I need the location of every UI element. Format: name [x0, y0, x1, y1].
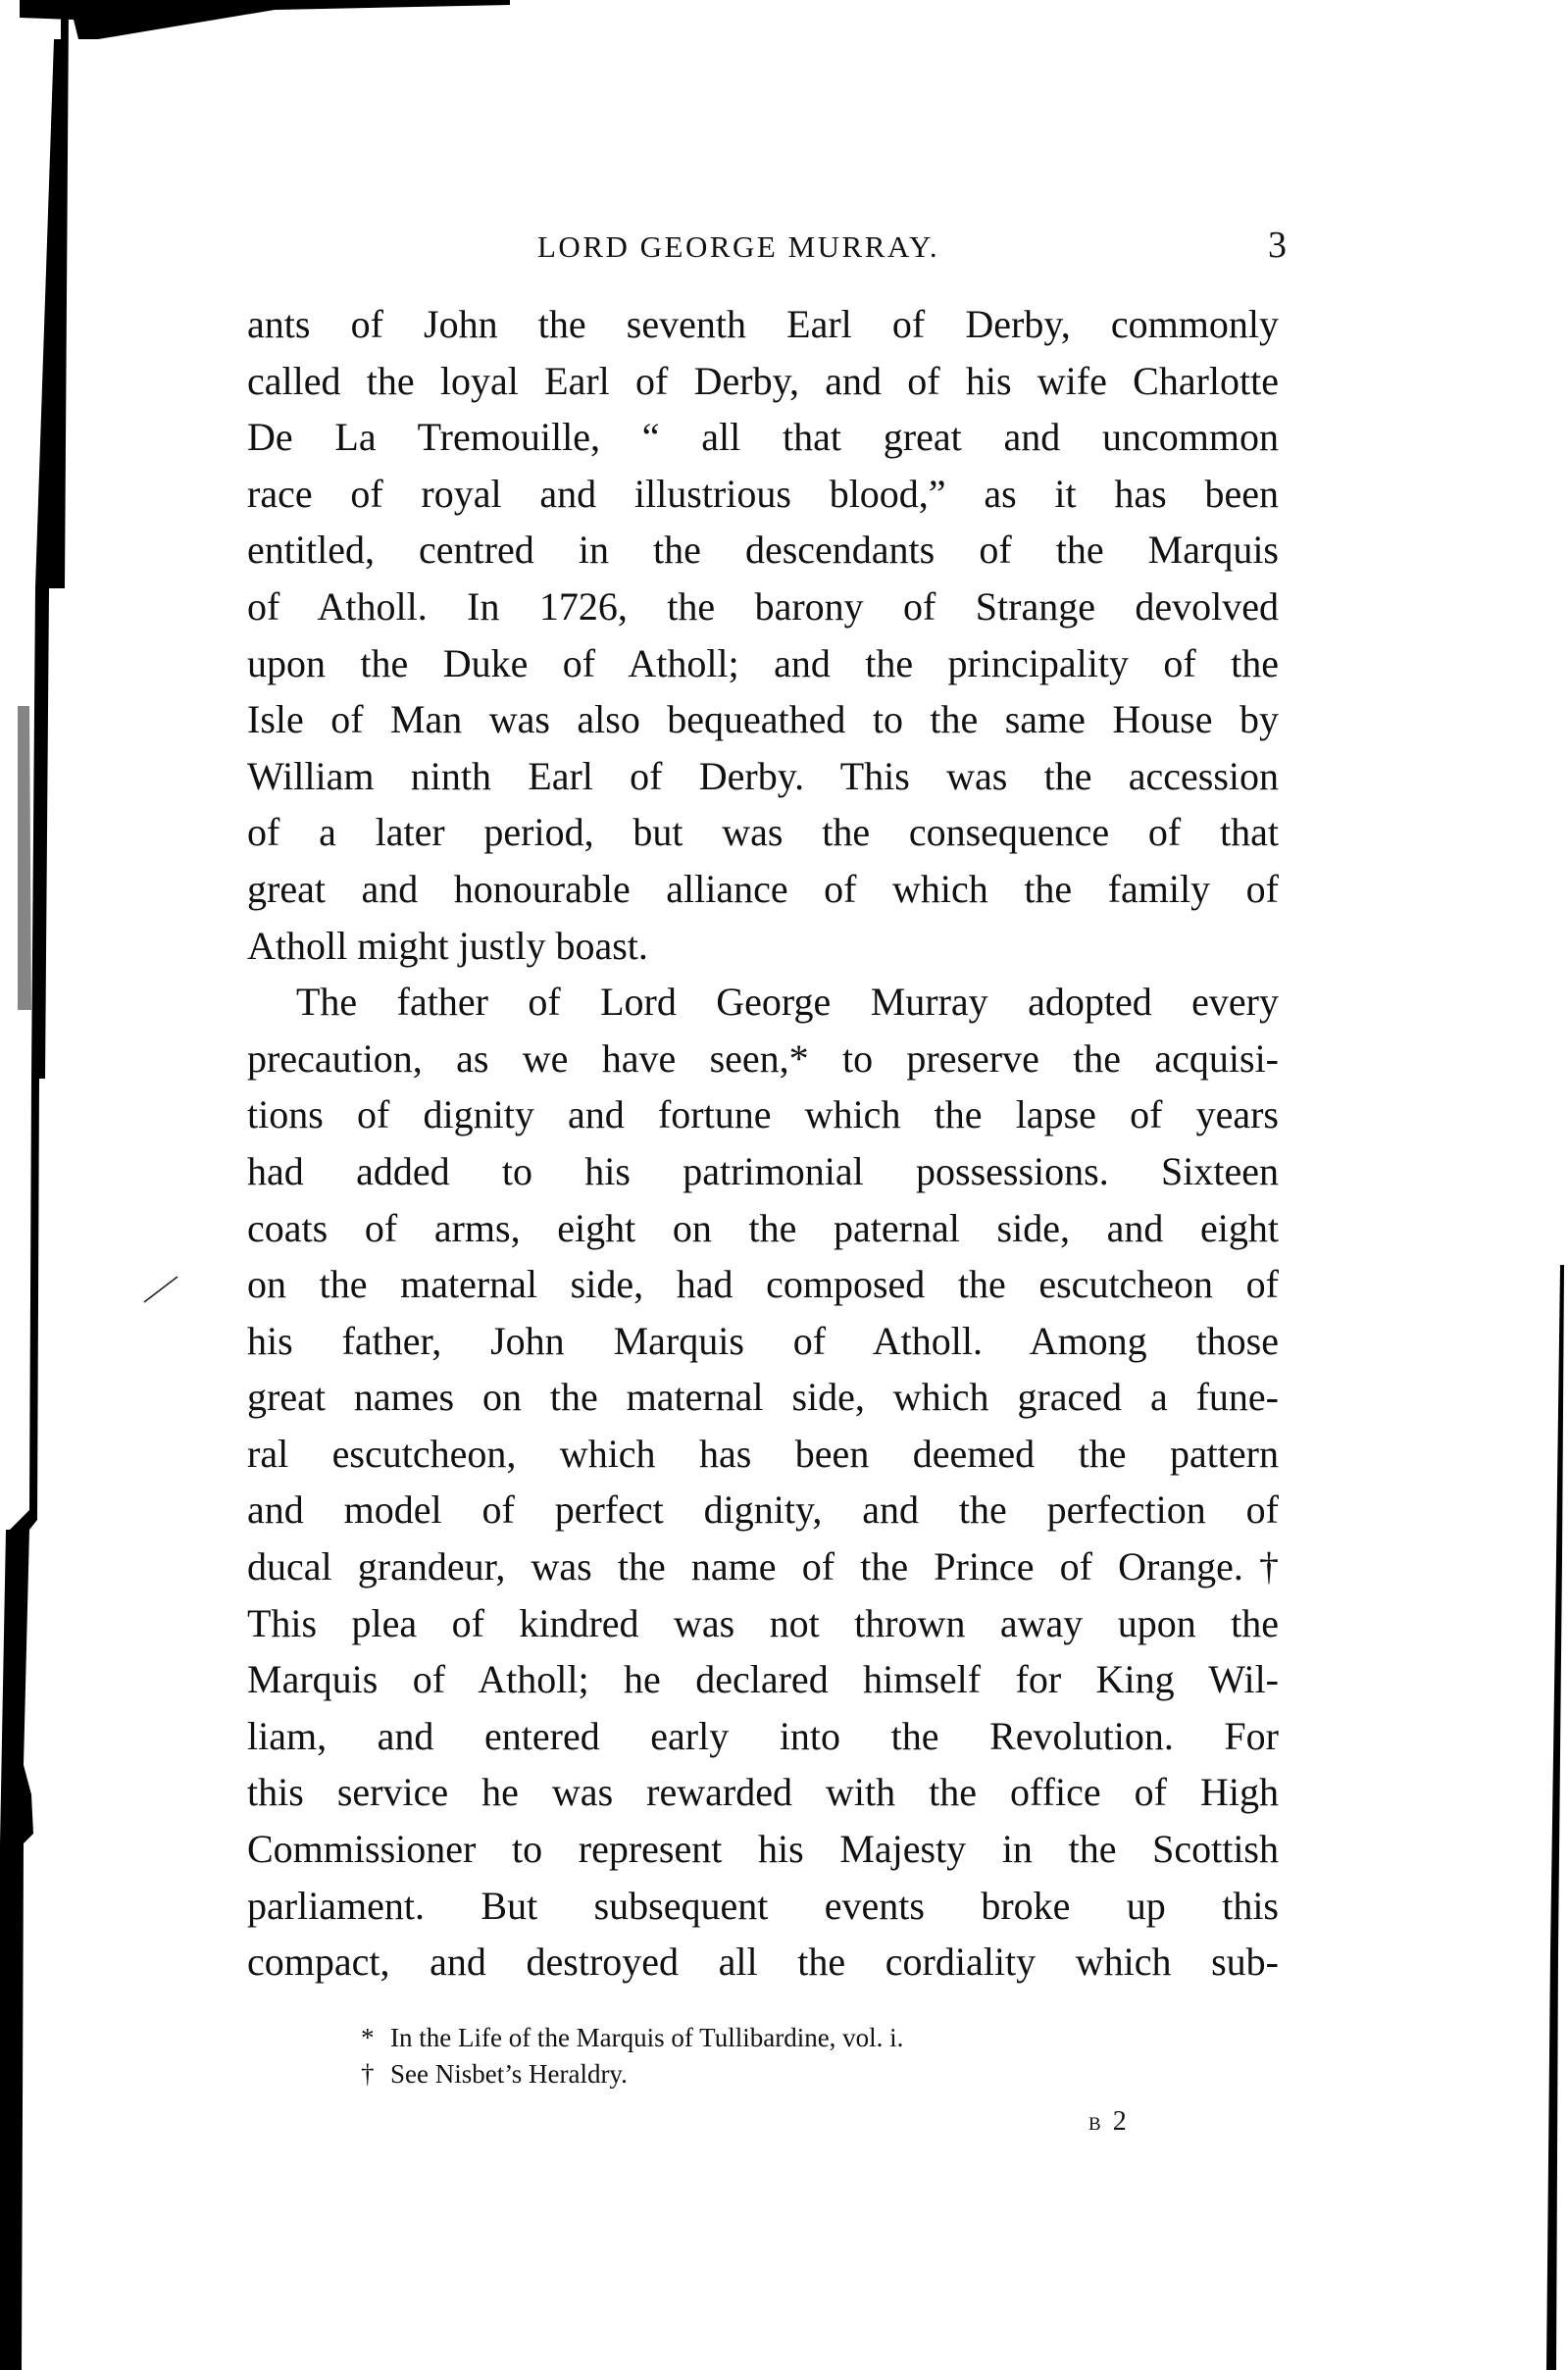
footnotes: *In the Life of the Marquis of Tullibard…	[361, 2020, 903, 2093]
footnote-mark: †	[361, 2056, 390, 2093]
text-line: this service he was rewarded with the of…	[247, 1764, 1279, 1821]
text-line: and model of perfect dignity, and the pe…	[247, 1482, 1279, 1538]
signature-number: 2	[1113, 2106, 1127, 2137]
footnote-text: In the Life of the Marquis of Tullibardi…	[390, 2023, 903, 2052]
footnote: *In the Life of the Marquis of Tullibard…	[361, 2020, 903, 2056]
text-line: his father, John Marquis of Atholl. Amon…	[247, 1313, 1279, 1370]
binding-shadow-top	[20, 0, 510, 39]
text-line: This plea of kindred was not thrown away…	[247, 1595, 1279, 1652]
text-line: great names on the maternal side, which …	[247, 1369, 1279, 1426]
text-line: race of royal and illustrious blood,” as…	[247, 466, 1279, 523]
text-line: had added to his patrimonial possessions…	[247, 1143, 1279, 1200]
signature-letter: B	[1088, 2114, 1101, 2135]
running-head: LORD GEORGE MURRAY. 3	[253, 224, 1287, 263]
running-head-title: LORD GEORGE MURRAY.	[537, 229, 939, 265]
text-line: called the loyal Earl of Derby, and of h…	[247, 353, 1279, 410]
text-line: of Atholl. In 1726, the barony of Strang…	[247, 579, 1279, 635]
text-line: The father of Lord George Murray adopted…	[247, 974, 1279, 1031]
footnote-mark: *	[361, 2020, 390, 2056]
text-line: De La Tremouille, “ all that great and u…	[247, 409, 1279, 466]
text-line: on the maternal side, had composed the e…	[247, 1256, 1279, 1313]
text-line: ral escutcheon, which has been deemed th…	[247, 1426, 1279, 1483]
footnote: †See Nisbet’s Heraldry.	[361, 2056, 903, 2093]
text-line: compact, and destroyed all the cordialit…	[247, 1934, 1279, 1991]
text-line: liam, and entered early into the Revolut…	[247, 1708, 1279, 1765]
binding-shadow-left	[0, 0, 78, 2370]
body-text: ants of John the seventh Earl of Derby, …	[247, 296, 1279, 1991]
footnote-text: See Nisbet’s Heraldry.	[390, 2059, 628, 2089]
text-line: Commissioner to represent his Majesty in…	[247, 1821, 1279, 1878]
text-line: ants of John the seventh Earl of Derby, …	[247, 296, 1279, 353]
text-line: precaution, as we have seen,* to preserv…	[247, 1031, 1279, 1087]
text-line: of a later period, but was the consequen…	[247, 804, 1279, 861]
text-line: Marquis of Atholl; he declared himself f…	[247, 1651, 1279, 1708]
text-line: tions of dignity and fortune which the l…	[247, 1086, 1279, 1143]
text-line: Atholl might justly boast.	[247, 918, 1279, 975]
text-line: Isle of Man was also bequeathed to the s…	[247, 691, 1279, 748]
printer-signature: B2	[1088, 2106, 1127, 2138]
text-line: coats of arms, eight on the paternal sid…	[247, 1200, 1279, 1257]
pencil-slash-mark	[142, 1275, 181, 1304]
page-number: 3	[1268, 224, 1287, 267]
text-line: great and honourable alliance of which t…	[247, 861, 1279, 918]
text-line: entitled, centred in the descendants of …	[247, 522, 1279, 579]
text-line: parliament. But subsequent events broke …	[247, 1878, 1279, 1935]
text-line: ducal grandeur, was the name of the Prin…	[247, 1538, 1279, 1595]
text-line: upon the Duke of Atholl; and the princip…	[247, 635, 1279, 692]
binding-shadow-right	[1529, 1265, 1568, 2370]
text-line: William ninth Earl of Derby. This was th…	[247, 748, 1279, 805]
